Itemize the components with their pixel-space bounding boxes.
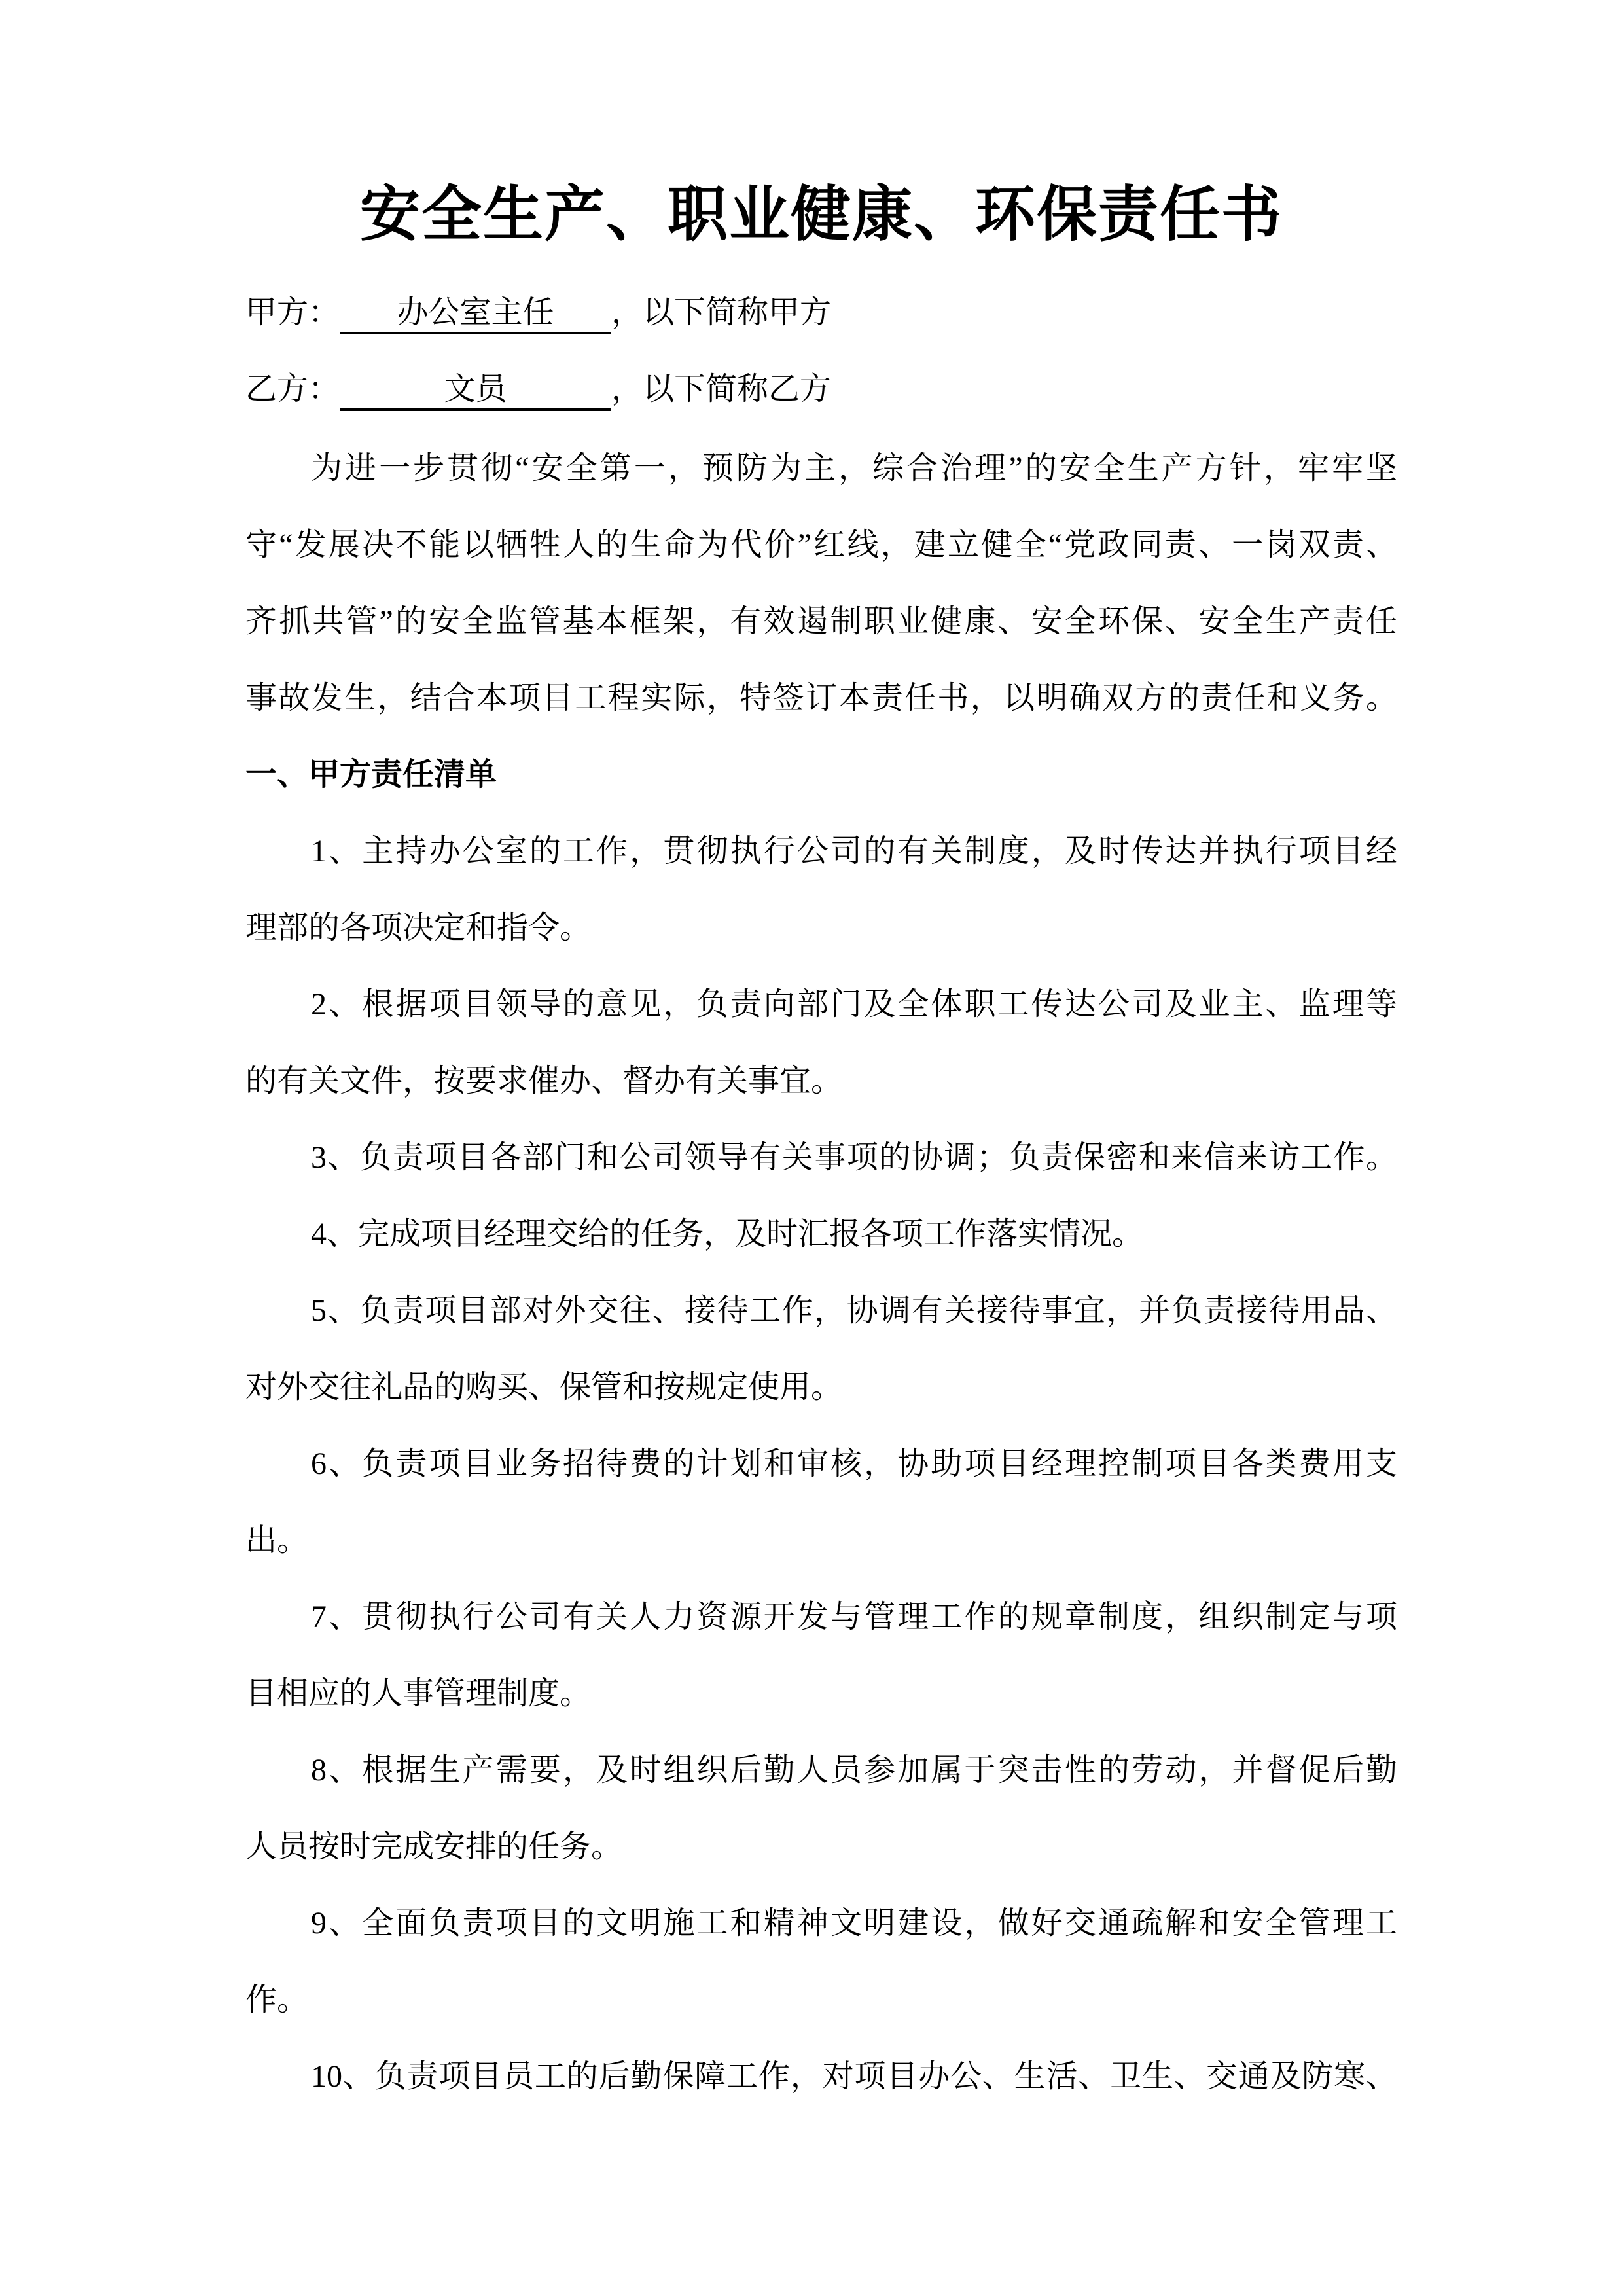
body-line: 目相应的人事管理制度。 bbox=[245, 1655, 1397, 1732]
body-line: 理部的各项决定和指令。 bbox=[245, 889, 1397, 966]
body-line: 对外交往礼品的购买、保管和按规定使用。 bbox=[245, 1349, 1397, 1426]
body-line: 守“发展决不能以牺牲人的生命为代价”红线，建立健全“党政同责、一岗双责、 bbox=[245, 507, 1397, 583]
party-a-label: 甲方： bbox=[245, 295, 340, 330]
body-line: 人员按时完成安排的任务。 bbox=[245, 1808, 1397, 1885]
body-line: 7、贯彻执行公司有关人力资源开发与管理工作的规章制度，组织制定与项 bbox=[245, 1579, 1397, 1655]
body-line: 为进一步贯彻“安全第一，预防为主，综合治理”的安全生产方针，牢牢坚 bbox=[245, 430, 1397, 507]
document-page: 安全生产、职业健康、环保责任书 甲方：办公室主任，以下简称甲方 乙方：文员，以下… bbox=[0, 0, 1623, 2296]
document-body: 为进一步贯彻“安全第一，预防为主，综合治理”的安全生产方针，牢牢坚守“发展决不能… bbox=[245, 430, 1397, 2115]
party-block: 甲方：办公室主任，以下简称甲方 乙方：文员，以下简称乙方 bbox=[245, 274, 1397, 427]
body-line: 10、负责项目员工的后勤保障工作，对项目办公、生活、卫生、交通及防寒、 bbox=[245, 2038, 1397, 2115]
body-line: 作。 bbox=[245, 1962, 1397, 2038]
party-b-suffix: ，以下简称乙方 bbox=[611, 372, 831, 406]
body-line: 事故发生，结合本项目工程实际，特签订本责任书，以明确双方的责任和义务。 bbox=[245, 660, 1397, 736]
body-line: 4、完成项目经理交给的任务，及时汇报各项工作落实情况。 bbox=[245, 1196, 1397, 1272]
body-line: 出。 bbox=[245, 1502, 1397, 1579]
document-title: 安全生产、职业健康、环保责任书 bbox=[245, 172, 1397, 257]
body-line: 5、负责项目部对外交往、接待工作，协调有关接待事宜，并负责接待用品、 bbox=[245, 1272, 1397, 1349]
party-a-value-blank: 办公室主任 bbox=[340, 294, 611, 334]
body-line: 的有关文件，按要求催办、督办有关事宜。 bbox=[245, 1043, 1397, 1119]
body-line: 3、负责项目各部门和公司领导有关事项的协调；负责保密和来信来访工作。 bbox=[245, 1119, 1397, 1196]
body-line: 6、负责项目业务招待费的计划和审核，协助项目经理控制项目各类费用支 bbox=[245, 1426, 1397, 1502]
document-content: 安全生产、职业健康、环保责任书 甲方：办公室主任，以下简称甲方 乙方：文员，以下… bbox=[245, 0, 1397, 2115]
party-b-label: 乙方： bbox=[245, 372, 340, 406]
party-b-value-blank: 文员 bbox=[340, 370, 611, 411]
section-heading: 一、甲方责任清单 bbox=[245, 736, 1397, 813]
body-line: 8、根据生产需要，及时组织后勤人员参加属于突击性的劳动，并督促后勤 bbox=[245, 1732, 1397, 1808]
body-line: 齐抓共管”的安全监管基本框架，有效遏制职业健康、安全环保、安全生产责任 bbox=[245, 583, 1397, 660]
party-b-line: 乙方：文员，以下简称乙方 bbox=[245, 351, 1397, 427]
party-a-suffix: ，以下简称甲方 bbox=[611, 295, 831, 330]
body-line: 9、全面负责项目的文明施工和精神文明建设，做好交通疏解和安全管理工 bbox=[245, 1885, 1397, 1962]
party-a-line: 甲方：办公室主任，以下简称甲方 bbox=[245, 274, 1397, 351]
body-line: 2、根据项目领导的意见，负责向部门及全体职工传达公司及业主、监理等 bbox=[245, 966, 1397, 1043]
body-line: 1、主持办公室的工作，贯彻执行公司的有关制度，及时传达并执行项目经 bbox=[245, 813, 1397, 889]
